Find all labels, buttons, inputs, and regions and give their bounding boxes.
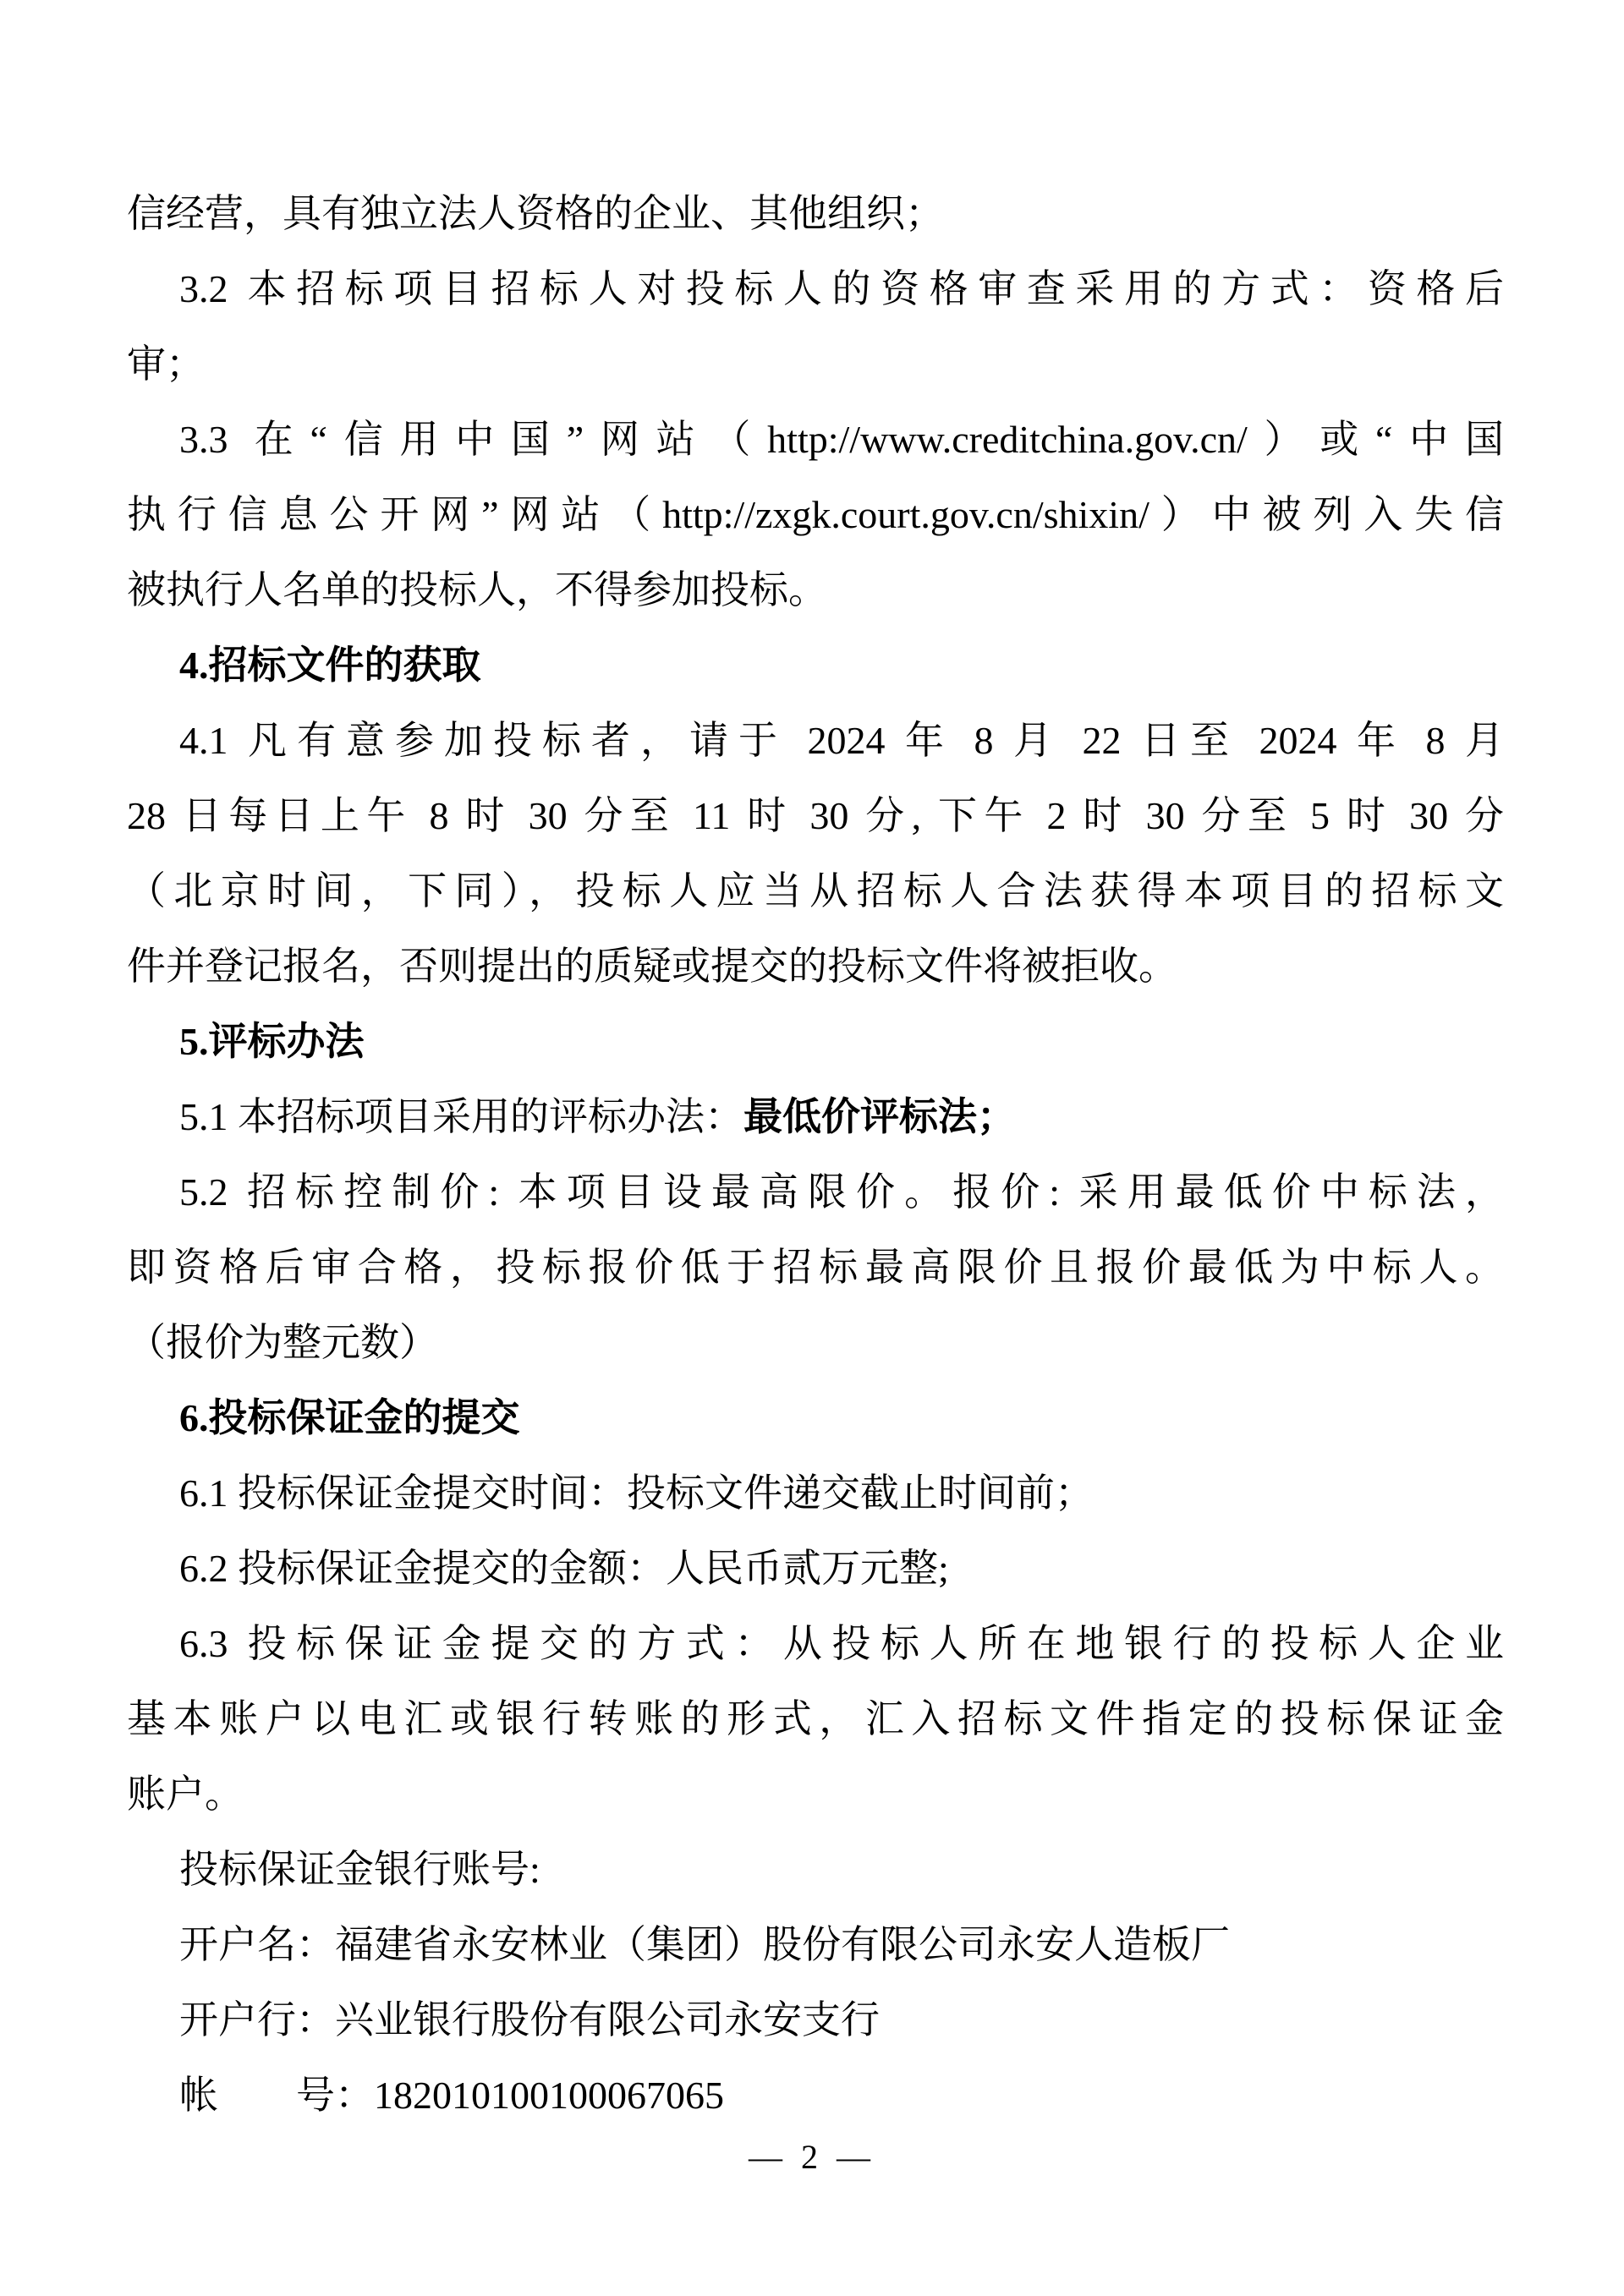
text-line: （北京时间，下同），投标人应当从招标人合法获得本项目的招标文 [127, 853, 1504, 929]
section-heading-5: 5.评标办法 [127, 1004, 1504, 1079]
bank-account-label: 投标保证金银行账号: [127, 1832, 1504, 1907]
text-line: （报价为整元数） [127, 1305, 1504, 1380]
text-line: 6.1 投标保证金提交时间：投标文件递交截止时间前； [127, 1455, 1504, 1531]
text-line: 信经营，具有独立法人资格的企业、其他组织； [127, 176, 1504, 251]
text-line: 28 日每日上午 8 时 30 分至 11 时 30 分, 下午 2 时 30 … [127, 778, 1504, 853]
text-line: 审； [127, 326, 1504, 402]
text-line: 即资格后审合格，投标报价低于招标最高限价且报价最低为中标人。 [127, 1230, 1504, 1305]
text-line: 3.2 本招标项目招标人对投标人的资格审查采用的方式：资格后 [127, 251, 1504, 326]
page-number: — 2 — [0, 2138, 1624, 2177]
document-body: 信经营，具有独立法人资格的企业、其他组织； 3.2 本招标项目招标人对投标人的资… [127, 176, 1504, 2133]
text-line: 基本账户以电汇或银行转账的形式，汇入招标文件指定的投标保证金 [127, 1681, 1504, 1756]
text-line: 5.2 招标控制价: 本项目设最高限价。报价: 采用最低价中标法， [127, 1154, 1504, 1230]
account-number-line: 帐 号：182010100100067065 [127, 2058, 1504, 2133]
text-line: 6.2 投标保证金提交的金额：人民币贰万元整; [127, 1531, 1504, 1606]
text-line-with-url: 3.3 在“信用中国”网站（http://www.creditchina.gov… [127, 402, 1504, 477]
document-page: 信经营，具有独立法人资格的企业、其他组织； 3.2 本招标项目招标人对投标人的资… [0, 0, 1624, 2296]
text-line: 件并登记报名，否则提出的质疑或提交的投标文件将被拒收。 [127, 929, 1504, 1004]
account-holder-line: 开户名：福建省永安林业（集团）股份有限公司永安人造板厂 [127, 1907, 1504, 1982]
text-line: 4.1 凡有意参加投标者，请于 2024 年 8 月 22 日至 2024 年 … [127, 703, 1504, 778]
text-line: 5.1 本招标项目采用的评标办法：最低价评标法； [127, 1079, 1504, 1154]
text-line: 6.3 投标保证金提交的方式：从投标人所在地银行的投标人企业 [127, 1606, 1504, 1681]
text-line: 被执行人名单的投标人，不得参加投标。 [127, 552, 1504, 627]
text-line: 账户。 [127, 1756, 1504, 1832]
section-heading-4: 4.招标文件的获取 [127, 627, 1504, 703]
bank-branch-line: 开户行：兴业银行股份有限公司永安支行 [127, 1982, 1504, 2058]
line-emphasis: 最低价评标法； [743, 1095, 1016, 1138]
section-heading-6: 6.投标保证金的提交 [127, 1380, 1504, 1455]
text-line-with-url: 执行信息公开网”网站（http://zxgk.court.gov.cn/shix… [127, 477, 1504, 552]
line-prefix: 5.1 本招标项目采用的评标办法： [179, 1095, 743, 1138]
